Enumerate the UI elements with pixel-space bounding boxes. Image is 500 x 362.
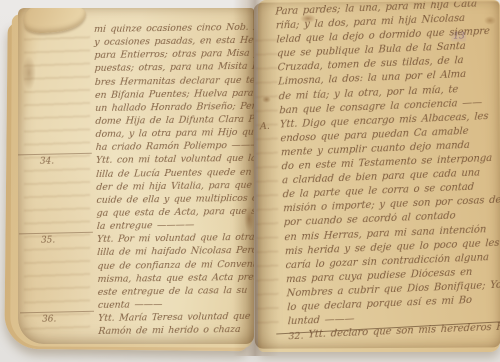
- line-text: puestas; otras, para una Misita Po: [94, 61, 254, 74]
- line-text: que de confianza de mi Convento, a un: [97, 258, 254, 272]
- line-text: para Entierros; otras para Misa fran: [94, 48, 254, 62]
- manuscript-line: Ramón de mi herido o chaza: [98, 323, 254, 339]
- line-text: bres Hermanitas declarar que tengo: [94, 74, 254, 87]
- left-page-text: mi quinze ocasiones cinco Nob. Díazy oca…: [94, 21, 254, 339]
- manuscript-photo: mi quinze ocasiones cinco Nob. Díazy oca…: [0, 0, 500, 362]
- clause-number: 36.: [42, 315, 56, 325]
- line-text: un hallado Honrado Briseño; Per: [95, 101, 254, 114]
- line-text: luntad ———: [288, 314, 355, 328]
- clause-number: 34.: [40, 157, 54, 167]
- line-text: Ytt. María Teresa voluntad que el: [98, 311, 254, 324]
- line-text: Ytt. Por mi voluntad que la otra Ca: [97, 232, 254, 245]
- line-text: ha criado Ramón Poliempo ———: [95, 140, 254, 153]
- clause-number: A.: [260, 121, 270, 132]
- line-text: mi quinze ocasiones cinco Nob. Díaz: [94, 21, 254, 35]
- right-page-text: Para pardes; la una, para mi hija Catari…: [275, 1, 500, 344]
- line-text: misma, hasta que esta Acta presente: [97, 271, 254, 285]
- line-text: doma, y la otra para mi Hijo que: [95, 127, 254, 140]
- torn-corner: [23, 8, 87, 35]
- line-text: der de mi hija Vitalia, para que: [96, 179, 252, 192]
- line-text: Ytt. con mi total voluntad que la Ca: [96, 153, 254, 166]
- bleedthrough-gutter-margin: [255, 31, 279, 327]
- line-text: cuide de ella y que multiplicos de: [96, 192, 254, 205]
- clause-number: 32.: [288, 331, 304, 343]
- left-page: mi quinze ocasiones cinco Nob. Díazy oca…: [18, 8, 254, 344]
- line-text: lilla de Lucía Puentes quede en Po: [96, 166, 254, 179]
- line-text: dome Hija de la Difunta Clara Per: [95, 114, 254, 127]
- line-text: la entregue ————: [96, 220, 194, 232]
- line-text: en Bifania Puentes; Huelva para: [95, 87, 254, 100]
- line-text: este entregue de la casa la su: [97, 285, 247, 298]
- line-text: ga que esta de Acta, para que se: [96, 206, 254, 219]
- line-text: cuenta ———: [98, 299, 163, 311]
- right-page: 13 Para pardes; la una, para mi hija Cat…: [253, 1, 500, 348]
- clause-number: 35.: [41, 236, 55, 246]
- line-text: Ramón de mi herido o chaza: [98, 324, 241, 337]
- bleedthrough-left-margin: [24, 30, 90, 332]
- line-text: y ocasiones pasadas, en esta Hermana: [94, 34, 254, 48]
- line-text: lilla de mi haifado Nicolasa Perdoma: [97, 245, 254, 259]
